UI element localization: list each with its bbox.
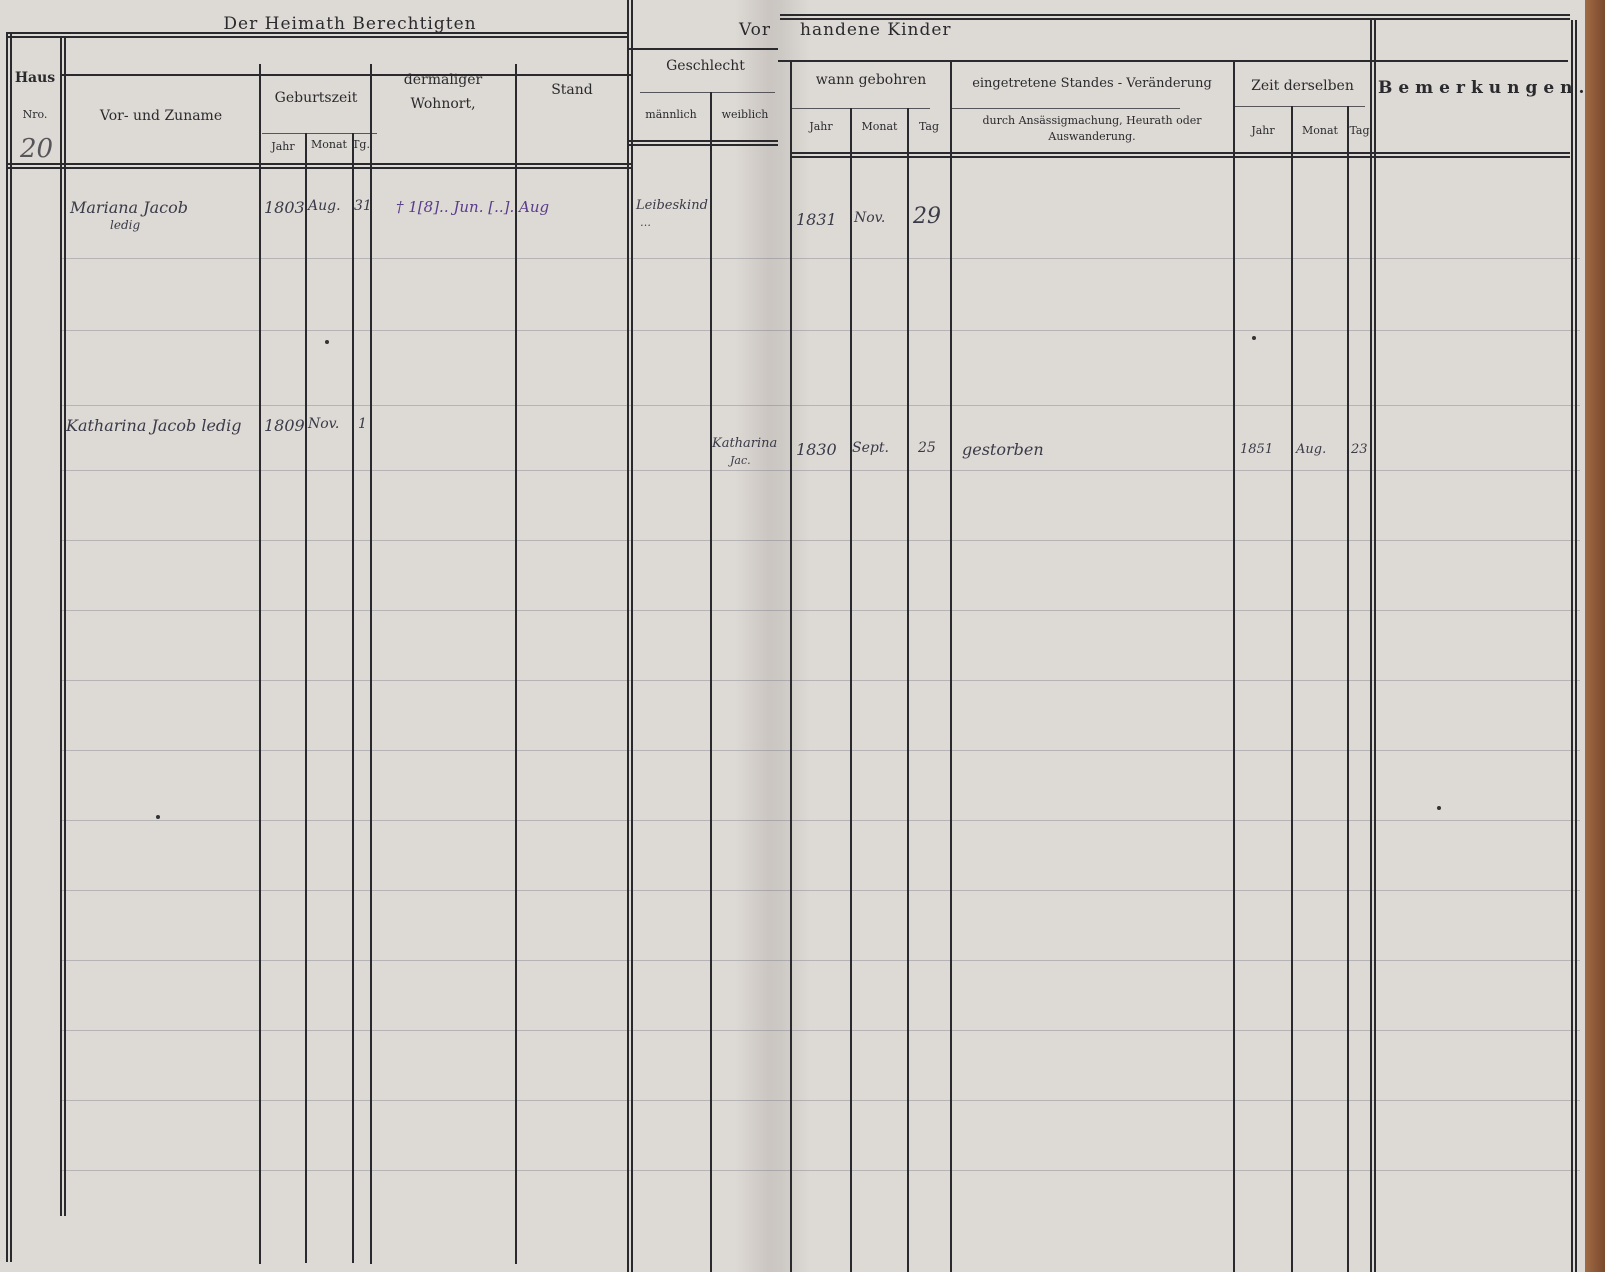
column-header-child-month: Monat	[852, 120, 907, 133]
column-line	[1233, 60, 1235, 1272]
left-page-title: Der Heimath Berechtigten	[190, 14, 510, 34]
ruled-line	[60, 890, 1580, 891]
ruled-line	[60, 750, 1580, 751]
header-subdivider	[62, 74, 632, 76]
column-line	[907, 108, 909, 1272]
column-header-female: weiblich	[712, 108, 778, 121]
status-change-subdivider	[950, 108, 1180, 109]
entry-change-year: 1851	[1240, 442, 1273, 457]
ruled-line	[60, 405, 1580, 406]
ink-speck	[156, 815, 160, 819]
column-header-residence-line1: dermaliger	[372, 72, 514, 88]
header-subdivider	[628, 48, 778, 50]
entry-change-month: Aug.	[1296, 442, 1326, 457]
entry-change-day: 23	[1351, 442, 1368, 457]
column-header-birth-year: Jahr	[262, 140, 304, 153]
right-page-title-part1: Vor	[730, 20, 780, 40]
entry-child-day: 25	[918, 440, 936, 456]
entry-birth-year: 1809	[264, 416, 305, 435]
entry-child-year: 1831	[796, 210, 837, 229]
ruled-line	[60, 470, 1580, 471]
column-header-birth-day: Tg.	[352, 138, 370, 151]
column-header-change-year: Jahr	[1235, 124, 1291, 137]
entry-birth-year: 1803	[264, 198, 305, 217]
nro-label: Nro.	[10, 108, 60, 121]
ink-speck	[1252, 336, 1256, 340]
entry-name: Katharina Jacob ledig	[66, 416, 242, 435]
column-line	[850, 108, 852, 1272]
header-top-border-left	[8, 36, 628, 38]
column-header-birth-month: Monat	[306, 138, 352, 151]
header-bottom-border-left	[8, 167, 633, 169]
ruled-line	[60, 820, 1580, 821]
ruled-line	[60, 330, 1580, 331]
ink-speck	[325, 340, 329, 344]
column-header-status-change-sub1: durch Ansässigmachung, Heurath oder	[952, 114, 1232, 127]
column-header-child-day: Tag	[909, 120, 949, 133]
right-page-title-part2: handene Kinder	[800, 20, 960, 40]
column-line	[6, 32, 8, 1262]
born-subdivider	[790, 108, 930, 109]
entry-child-month: Nov.	[854, 210, 885, 226]
column-line	[1571, 20, 1573, 1272]
ruled-line	[60, 540, 1580, 541]
birth-subdivider	[262, 133, 377, 134]
entry-residence-note: † 1[8].. Jun. [..]. Aug	[396, 198, 549, 216]
column-line	[1575, 20, 1577, 1272]
column-header-male: männlich	[633, 108, 709, 121]
entry-name: Mariana Jacob	[70, 198, 188, 217]
ruled-line	[60, 1170, 1580, 1171]
book-gutter	[735, 0, 810, 1272]
book-spine	[1585, 0, 1605, 1272]
time-subdivider	[1235, 106, 1365, 107]
entry-child-name: Leibeskind	[636, 198, 708, 213]
column-line	[1291, 106, 1293, 1272]
column-header-sex: Geschlecht	[633, 58, 778, 74]
entry-child-day: 29	[913, 204, 941, 229]
column-line	[305, 133, 307, 1263]
column-line	[515, 64, 517, 1264]
haus-number: 20	[20, 134, 53, 164]
ruled-line	[60, 680, 1580, 681]
ruled-line	[60, 258, 1580, 259]
column-header-born-when: wann gebohren	[792, 72, 950, 88]
column-header-time-of-change: Zeit derselben	[1235, 78, 1370, 94]
column-line	[1347, 106, 1349, 1272]
entry-child-month: Sept.	[852, 440, 889, 456]
column-header-child-year: Jahr	[792, 120, 850, 133]
column-line	[370, 64, 372, 1264]
register-book-spread: Der Heimath Berechtigten Haus Nro. 20 Vo…	[0, 0, 1605, 1272]
header-top-border-right	[780, 14, 1570, 16]
ruled-line	[60, 610, 1580, 611]
header-bottom-border-mid	[628, 144, 778, 146]
column-line	[627, 0, 629, 1272]
entry-child-name-line2: …	[640, 216, 651, 229]
column-header-change-day: Tag	[1349, 124, 1370, 137]
column-header-birth: Geburtszeit	[262, 90, 370, 106]
column-header-remarks: Bemerkungen.	[1378, 78, 1570, 98]
column-line	[1370, 20, 1372, 1272]
column-line	[60, 36, 62, 1216]
column-line	[259, 64, 261, 1264]
column-line	[10, 32, 12, 1262]
entry-name-line2: ledig	[110, 218, 140, 232]
ruled-line	[60, 960, 1580, 961]
header-bottom-border-left	[8, 163, 633, 165]
entry-child-name: Katharina	[712, 436, 777, 451]
column-header-change-month: Monat	[1293, 124, 1347, 137]
column-line	[352, 133, 354, 1263]
entry-birth-day: 1	[358, 416, 367, 432]
entry-child-year: 1830	[796, 440, 837, 459]
header-subdivider	[778, 60, 1568, 62]
column-line	[64, 36, 66, 1216]
entry-status-change: gestorben	[962, 440, 1044, 459]
ink-speck	[1437, 806, 1441, 810]
column-header-status: Stand	[517, 82, 627, 98]
column-line	[1374, 20, 1376, 1272]
column-header-status-change: eingetretene Standes - Veränderung	[952, 76, 1232, 91]
column-line	[631, 0, 633, 1272]
column-header-residence-line2: Wohnort,	[372, 96, 514, 112]
ruled-line	[60, 1100, 1580, 1101]
column-line	[710, 92, 712, 1272]
column-header-name: Vor- und Zuname	[66, 108, 256, 124]
entry-birth-month: Aug.	[308, 198, 341, 214]
column-header-status-change-sub2: Auswanderung.	[952, 130, 1232, 143]
column-line	[790, 60, 792, 1272]
geschlecht-subdivider	[640, 92, 775, 93]
haus-label: Haus	[10, 70, 60, 86]
column-line	[950, 60, 952, 1272]
entry-child-name-line2: Jac.	[730, 454, 751, 467]
entry-birth-month: Nov.	[308, 416, 339, 432]
ruled-line	[60, 1030, 1580, 1031]
header-bottom-border-mid	[628, 140, 778, 142]
entry-birth-day: 31	[354, 198, 372, 214]
